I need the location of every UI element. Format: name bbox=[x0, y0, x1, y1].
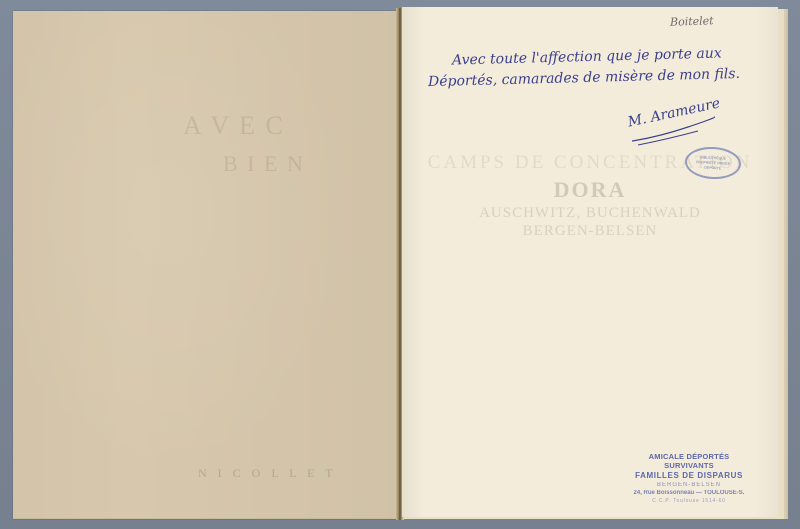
right-page-title-page: Boitelet Avec toute l'affection que je p… bbox=[402, 7, 778, 517]
stamp-line-4: 24, Rue Boissonneau — TOULOUSE-S. bbox=[624, 490, 754, 496]
title-camps: AUSCHWITZ, BUCHENWALD bbox=[402, 205, 778, 222]
left-page-inside-cover: A V E C B I E N N I C O L L E T bbox=[13, 11, 399, 519]
bleed-through-footer: N I C O L L E T bbox=[198, 466, 337, 481]
stamp-line-3: BERGEN-BELSEN bbox=[624, 482, 754, 488]
title-main: DORA bbox=[402, 177, 778, 203]
signature-flourish-icon bbox=[628, 111, 718, 147]
inscription-line-1: Avec toute l'affection que je porte aux bbox=[452, 45, 722, 68]
bleed-through-text: A V E C bbox=[183, 111, 285, 141]
bleed-through-text: B I E N bbox=[223, 151, 305, 177]
stamp-line-1: AMICALE DÉPORTÉS SURVIVANTS bbox=[624, 452, 754, 470]
stamp-line-5: C.C.P. Toulouse 1514-60 bbox=[624, 498, 754, 504]
inscription-line-2: Déportés, camarades de misère de mon fil… bbox=[428, 66, 740, 90]
title-camps-2: BERGEN-BELSEN bbox=[402, 223, 778, 240]
publisher-stamp: AMICALE DÉPORTÉS SURVIVANTS FAMILLES DE … bbox=[624, 452, 754, 504]
pencil-annotation: Boitelet bbox=[670, 14, 714, 29]
faint-heading: CAMPS DE CONCENTRATION bbox=[402, 152, 778, 174]
stamp-line-2: FAMILLES DE DISPARUS bbox=[624, 471, 754, 480]
